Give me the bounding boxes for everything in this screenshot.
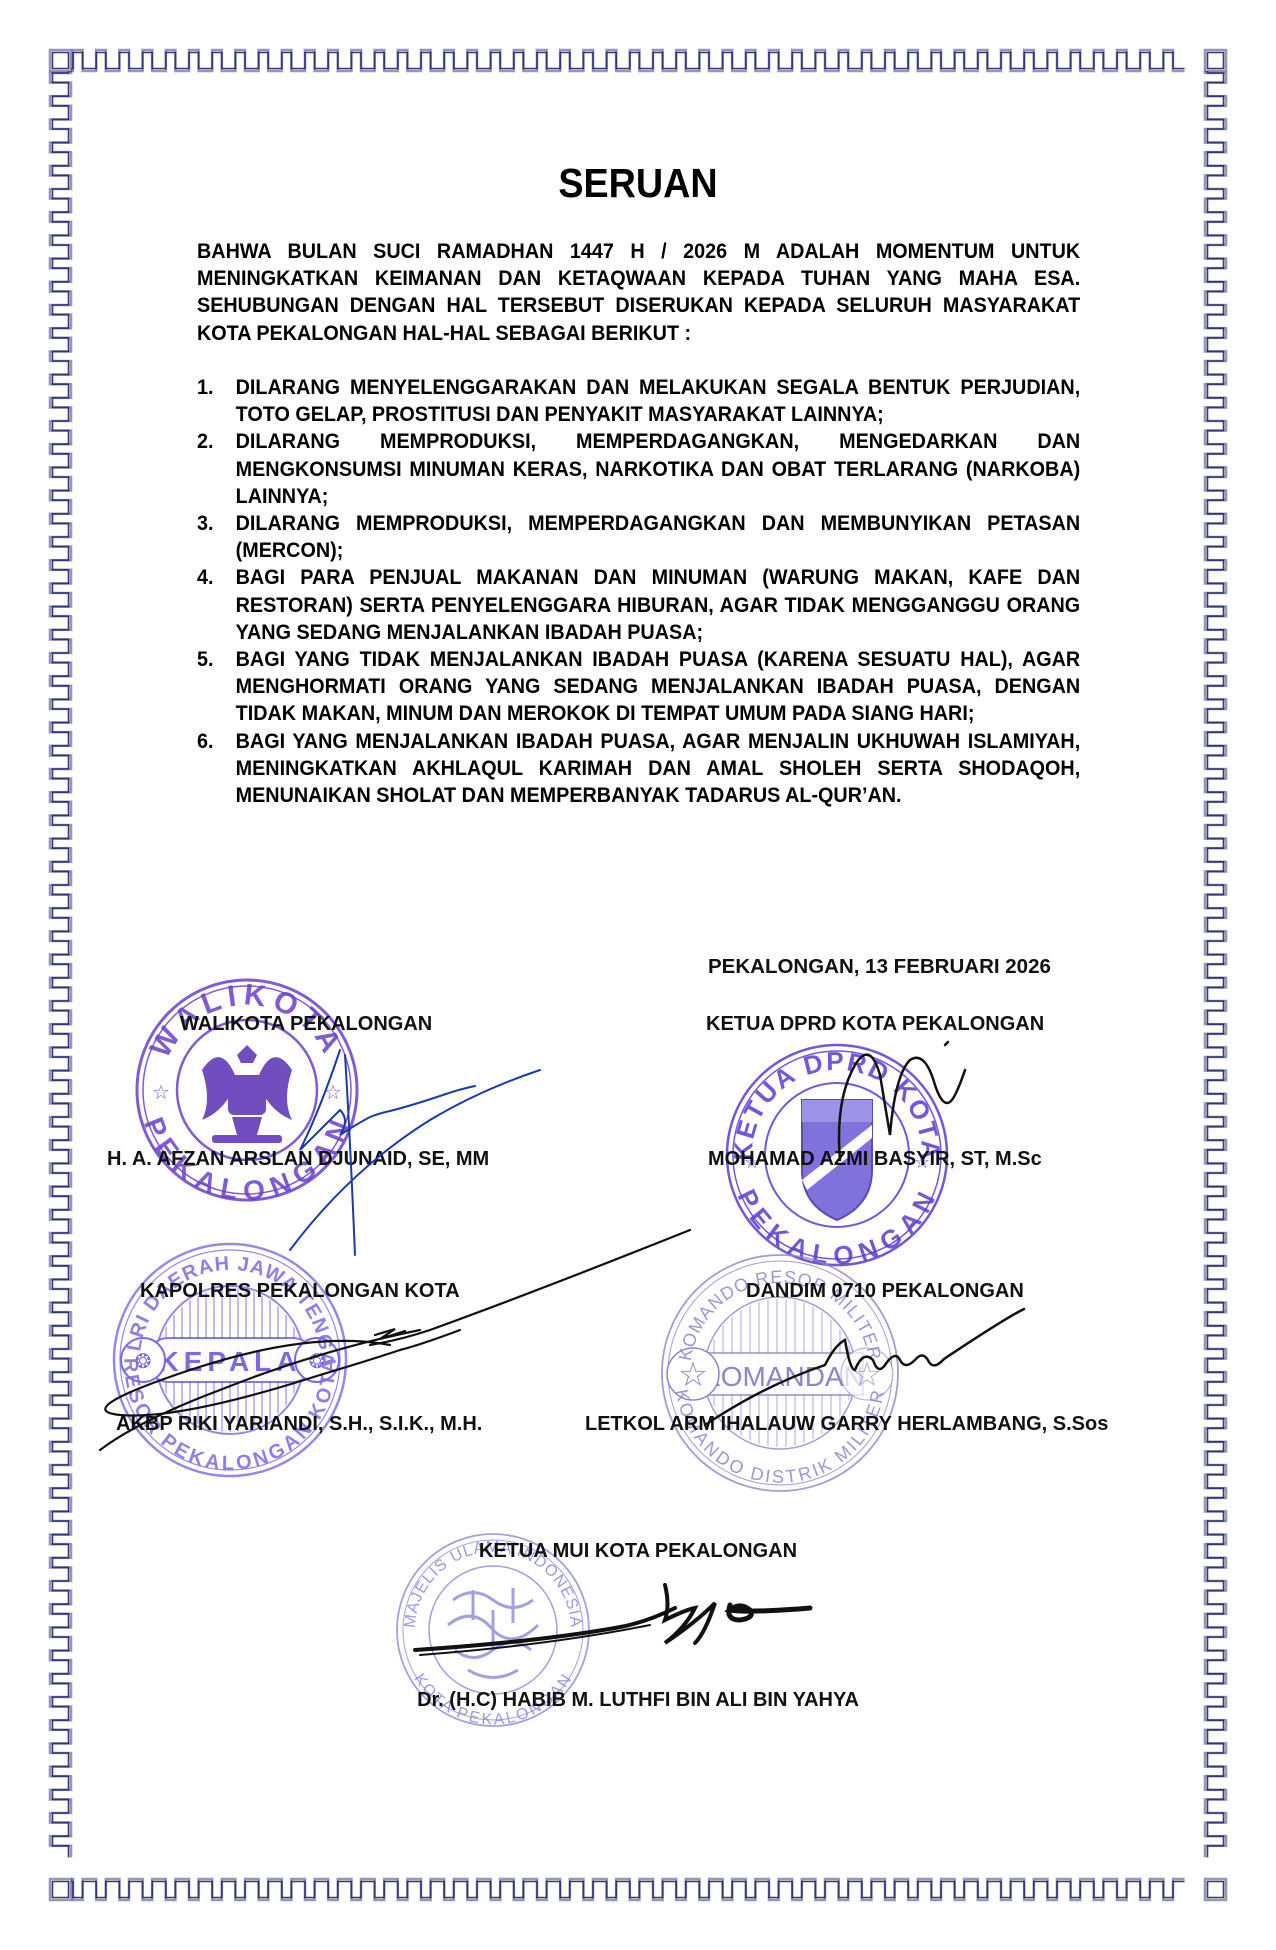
list-item: 1.DILARANG MENYELENGGARAKAN DAN MELAKUKA… xyxy=(197,374,1080,428)
list-item: 4.BAGI PARA PENJUAL MAKANAN DAN MINUMAN … xyxy=(197,564,1080,646)
list-item-text: BAGI PARA PENJUAL MAKANAN DAN MINUMAN (W… xyxy=(236,565,1081,643)
list-item-text: DILARANG MENYELENGGARAKAN DAN MELAKUKAN … xyxy=(236,375,1081,426)
list-item-number: 3. xyxy=(197,510,214,537)
dprd-signature xyxy=(830,1040,970,1170)
rules-list: 1.DILARANG MENYELENGGARAKAN DAN MELAKUKA… xyxy=(197,374,1080,809)
mui-position: KETUA MUI KOTA PEKALONGAN xyxy=(0,1540,1276,1563)
dandim-position: DANDIM 0710 PEKALONGAN xyxy=(746,1280,1024,1303)
list-item-text: DILARANG MEMPRODUKSI, MEMPERDAGANGKAN DA… xyxy=(236,511,1081,562)
list-item: 3.DILARANG MEMPRODUKSI, MEMPERDAGANGKAN … xyxy=(197,510,1080,564)
list-item-text: BAGI YANG TIDAK MENJALANKAN IBADAH PUASA… xyxy=(236,647,1081,725)
list-item-number: 5. xyxy=(197,646,214,673)
svg-text:☆: ☆ xyxy=(152,1082,170,1104)
dandim-signature xyxy=(700,1305,1030,1435)
dprd-position: KETUA DPRD KOTA PEKALONGAN xyxy=(706,1013,1044,1036)
list-item-text: BAGI YANG MENJALANKAN IBADAH PUASA, AGAR… xyxy=(236,729,1081,807)
place-date: PEKALONGAN, 13 FEBRUARI 2026 xyxy=(708,955,1051,979)
list-item: 2.DILARANG MEMPRODUKSI, MEMPERDAGANGKAN,… xyxy=(197,428,1080,510)
document-title: SERUAN xyxy=(51,160,1225,207)
list-item: 6.BAGI YANG MENJALANKAN IBADAH PUASA, AG… xyxy=(197,728,1080,810)
list-item-number: 2. xyxy=(197,428,214,455)
list-item-text: DILARANG MEMPRODUKSI, MEMPERDAGANGKAN, M… xyxy=(236,429,1081,507)
list-item-number: 1. xyxy=(197,374,214,401)
list-item-number: 6. xyxy=(197,728,214,755)
kapolres-signature xyxy=(80,1225,700,1455)
mui-name: Dr. (H.C) HABIB M. LUTHFI BIN ALI BIN YA… xyxy=(0,1689,1276,1712)
mui-signature xyxy=(410,1580,830,1680)
list-item-number: 4. xyxy=(197,564,214,591)
intro-paragraph: BAHWA BULAN SUCI RAMADHAN 1447 H / 2026 … xyxy=(197,238,1080,347)
list-item: 5.BAGI YANG TIDAK MENJALANKAN IBADAH PUA… xyxy=(197,646,1080,728)
